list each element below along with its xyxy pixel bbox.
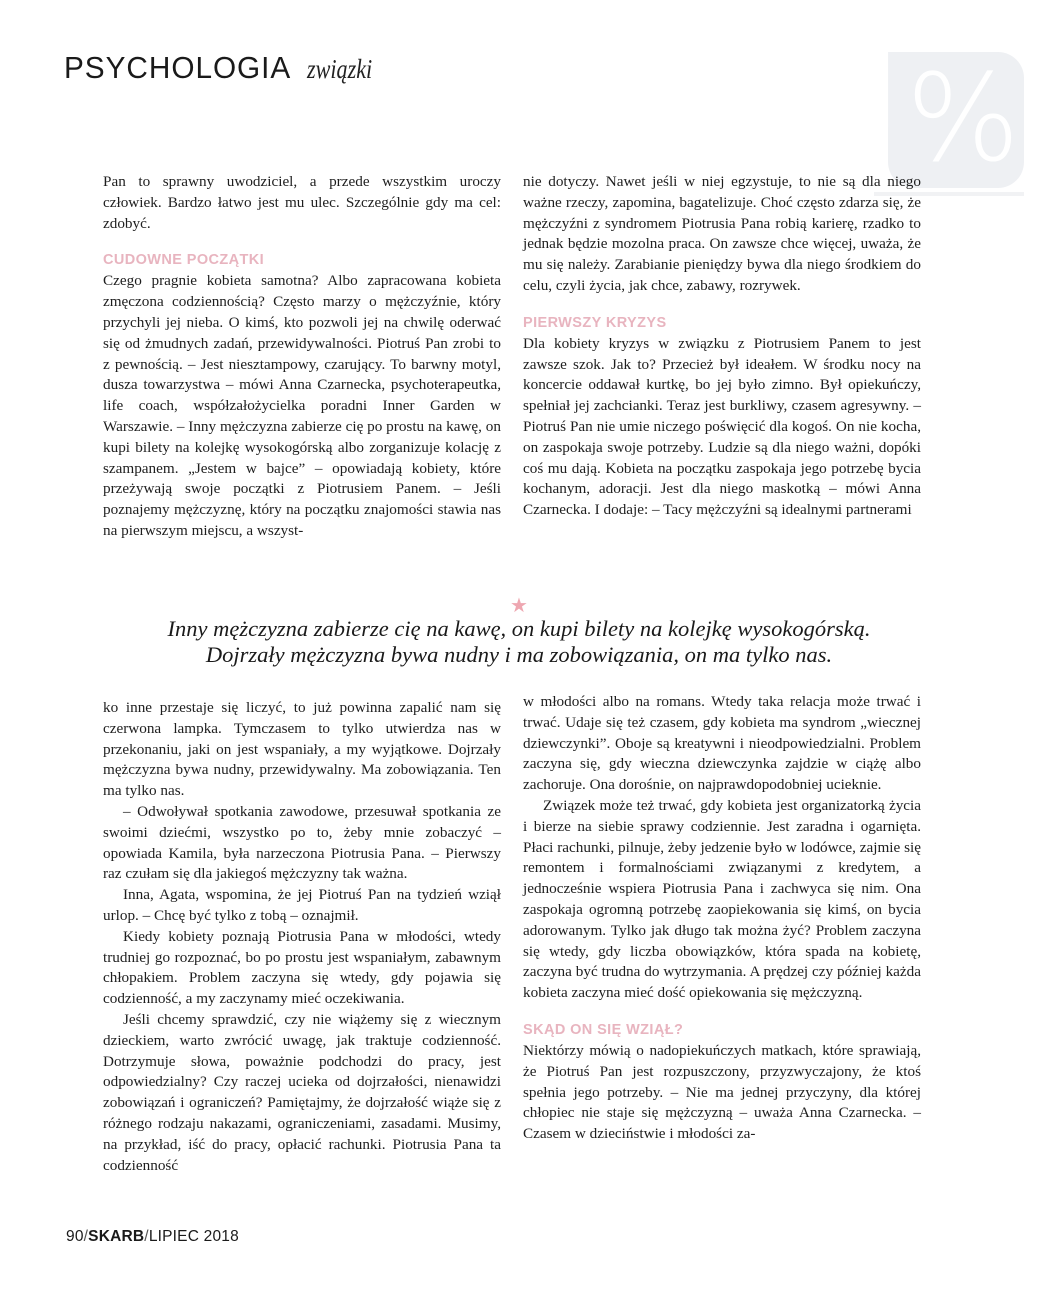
- pull-quote-line-2: Dojrzały mężczyzna bywa nudny i ma zobow…: [100, 642, 938, 668]
- column-bottom-right: w młodości albo na romans. Wtedy taka re…: [523, 692, 921, 1145]
- subheading-pierwszy-kryzys: PIERWSZY KRYZYS: [523, 313, 921, 333]
- column-top-right: nie dotyczy. Nawet jeśli w niej egzystuj…: [523, 172, 921, 521]
- paragraph: nie dotyczy. Nawet jeśli w niej egzystuj…: [523, 172, 921, 297]
- paragraph: Pan to sprawny uwodziciel, a przede wszy…: [103, 172, 501, 234]
- section-subtitle: związki: [307, 54, 372, 85]
- paragraph: w młodości albo na romans. Wtedy taka re…: [523, 692, 921, 796]
- page-footer: 90/SKARB/LIPIEC 2018: [66, 1228, 239, 1246]
- paragraph: Kiedy kobiety poznają Piotrusia Pana w m…: [103, 927, 501, 1010]
- paragraph: Inna, Agata, wspomina, że jej Piotruś Pa…: [103, 885, 501, 927]
- paragraph: Dla kobiety kryzys w związku z Piotrusie…: [523, 334, 921, 521]
- paragraph: Jeśli chcemy sprawdzić, czy nie wiążemy …: [103, 1010, 501, 1176]
- magazine-name: SKARB: [88, 1228, 144, 1245]
- paragraph: ko inne przestaje się liczyć, to już pow…: [103, 698, 501, 802]
- page-number: 90: [66, 1228, 84, 1245]
- pull-quote: ★ Inny mężczyzna zabierze cię na kawę, o…: [100, 594, 938, 668]
- paragraph: Czego pragnie kobieta samotna? Albo zapr…: [103, 271, 501, 541]
- section-header: PSYCHOLOGIA związki: [64, 50, 386, 86]
- star-icon: ★: [100, 594, 938, 616]
- paragraph: Związek może też trwać, gdy kobieta jest…: [523, 796, 921, 1004]
- column-bottom-left: ko inne przestaje się liczyć, to już pow…: [103, 698, 501, 1176]
- paragraph: Niektórzy mówią o nadopiekuńczych matkac…: [523, 1041, 921, 1145]
- percent-icon: %: [906, 52, 1016, 188]
- column-top-left: Pan to sprawny uwodziciel, a przede wszy…: [103, 172, 501, 542]
- issue-date: LIPIEC 2018: [149, 1228, 239, 1245]
- section-title: PSYCHOLOGIA: [64, 50, 291, 86]
- pull-quote-line-1: Inny mężczyzna zabierze cię na kawę, on …: [100, 616, 938, 642]
- subheading-skad-on-sie-wzial: SKĄD ON SIĘ WZIĄŁ?: [523, 1020, 921, 1040]
- watermark-badge: %: [888, 52, 1024, 188]
- paragraph: – Odwoływał spotkania zawodowe, przesuwa…: [103, 802, 501, 885]
- subheading-cudowne-poczatki: CUDOWNE POCZĄTKI: [103, 250, 501, 270]
